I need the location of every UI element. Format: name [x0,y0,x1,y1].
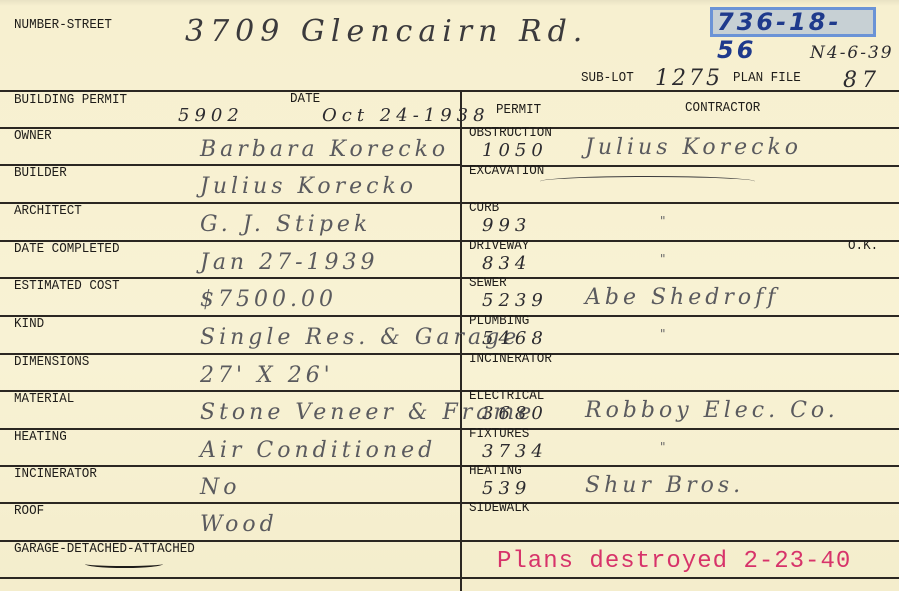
detached-underline [85,560,163,568]
field-label: DIMENSIONS [14,355,89,370]
permit-type-label: HEATING [469,464,522,479]
field-label: ARCHITECT [14,204,82,219]
field-value: Air Conditioned [200,438,436,463]
sub-lot-label: SUB-LOT [581,71,634,86]
record-number-stamp: 736-18-56 [710,7,876,37]
contractor-name: " [660,214,670,228]
field-value: G. J. Stipek [200,212,371,237]
rule-line [0,127,460,129]
rule-line [460,465,899,467]
permit-column-header: PERMIT [496,103,541,118]
rule-line [460,577,899,579]
excavation-pen-stroke [540,176,755,187]
field-label: GARAGE-DETACHED-ATTACHED [14,542,195,557]
permit-number: 539 [482,478,531,499]
rule-line [460,540,899,542]
plans-destroyed-stamp: Plans destroyed 2-23-40 [497,548,851,575]
permit-number: 5468 [482,328,548,349]
contractor-name: " [660,440,670,454]
rule-line [460,277,899,279]
rule-line [0,90,899,92]
field-label: HEATING [14,430,67,445]
permit-type-label: CURB [469,201,499,216]
field-value: No [200,475,241,500]
permit-type-label: SEWER [469,276,507,291]
date-label: DATE [290,92,320,107]
field-value: Wood [200,512,278,537]
contractor-name: Shur Bros. [585,473,744,498]
permit-type-label: ELECTRICAL [469,389,544,404]
field-label: KIND [14,317,44,332]
permit-type-label: EXCAVATION [469,164,544,179]
permit-number: 1050 [482,140,548,161]
permit-number: 5239 [482,290,548,311]
permit-type-label: SIDEWALK [469,501,529,516]
plan-file-label: PLAN FILE [733,71,801,86]
permit-number: 3680 [482,403,548,424]
sub-lot-value: 1275 [655,66,723,91]
rule-line [0,577,460,579]
permit-number: 3734 [482,441,548,462]
contractor-name: " [660,327,670,341]
field-label: MATERIAL [14,392,74,407]
permit-type-label: OBSTRUCTION [469,126,552,141]
field-label: ESTIMATED COST [14,279,119,294]
field-value: 27' X 26' [200,363,334,388]
date-value: Oct 24-1938 [322,105,490,126]
contractor-column-header: CONTRACTOR [685,101,760,116]
contractor-name: Julius Korecko [585,135,802,160]
rule-line [460,202,899,204]
field-label: BUILDER [14,166,67,181]
field-label: ROOF [14,504,44,519]
permit-type-label: PLUMBING [469,314,529,329]
number-street-label: NUMBER-STREET [14,18,112,33]
permit-card: NUMBER-STREET 3709 Glencairn Rd. 736-18-… [0,0,899,591]
field-label: BUILDING PERMIT [14,93,127,108]
field-value: Barbara Korecko [200,137,449,162]
contractor-name: Robboy Elec. Co. [585,398,839,423]
status-mark: O.K. [848,239,878,254]
permit-type-label: INCINERATOR [469,352,552,367]
contractor-name: " [660,252,670,266]
header-note: N4-6-39 [810,43,894,63]
contractor-name: Abe Shedroff [585,285,779,310]
field-label: OWNER [14,129,52,144]
field-value: Jan 27-1939 [200,250,379,275]
field-value: Julius Korecko [200,174,417,199]
field-label: INCINERATOR [14,467,97,482]
permit-type-label: DRIVEWAY [469,239,529,254]
field-value: $7500.00 [200,287,337,312]
rule-line [0,315,460,317]
field-value: 5902 [178,105,244,126]
permit-type-label: FIXTURES [469,427,529,442]
number-street-value: 3709 Glencairn Rd. [185,14,588,49]
permit-number: 993 [482,215,531,236]
permit-number: 834 [482,253,531,274]
rule-line [0,428,460,430]
rule-line [0,164,460,166]
field-label: DATE COMPLETED [14,242,119,257]
rule-line [0,502,460,504]
